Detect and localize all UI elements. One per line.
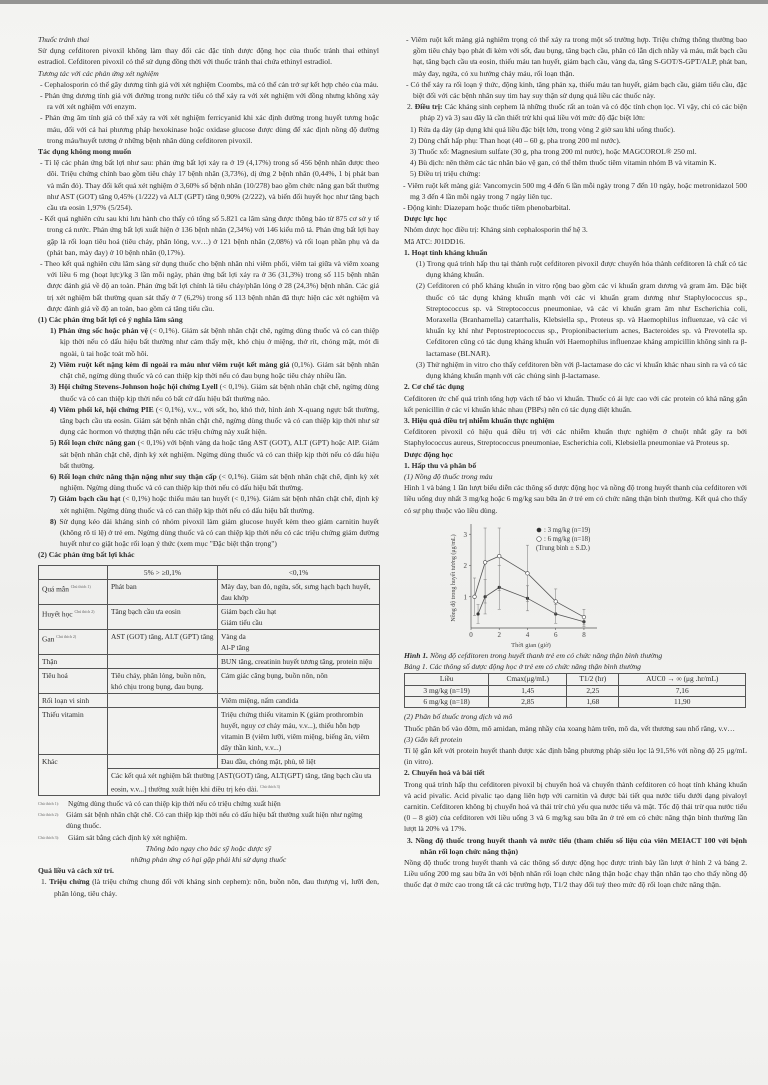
- pd-atc: Mã ATC: J01DD16.: [404, 236, 747, 247]
- rare-cell: Triệu chứng thiếu vitamin K (giảm prothr…: [218, 707, 380, 754]
- adverse-item: - Tỉ lệ các phản ứng bất lợi như sau: ph…: [38, 157, 379, 213]
- serum-text: Nồng độ thuốc trong huyết thanh và các t…: [404, 857, 747, 891]
- footnote-text: Ngừng dùng thuốc và có can thiệp kịp thờ…: [68, 798, 281, 809]
- table-header-row: LiềuCmax(μg/mL)T1/2 (hr)AUC0 → ∞ (μg .hr…: [405, 674, 746, 685]
- reaction-name: Phản ứng sốc hoặc phản vệ: [59, 326, 148, 335]
- treatment-label: Điều trị:: [415, 102, 443, 111]
- table-cell: 6 mg/kg (n=18): [405, 696, 489, 707]
- metabolism-text: Trong quá trình hấp thu cefditoren pivox…: [404, 779, 747, 835]
- treatment-step: 2) Dùng chất hấp phụ: Than hoạt (40 – 60…: [404, 135, 747, 146]
- footnote-label: Chú thích 1):: [38, 798, 68, 809]
- svg-text:2: 2: [464, 562, 468, 570]
- left-column: Thuốc tránh thai Sử dụng cefditoren pivo…: [38, 34, 379, 899]
- table-header-cell: 5% > ≥0,1%: [108, 565, 218, 579]
- mechanism-heading: 2. Cơ chế tác dụng: [404, 381, 747, 392]
- table-row: Thiếu vitaminTriệu chứng thiếu vitamin K…: [39, 707, 380, 754]
- treatment-text: Các kháng sinh cephem là những thuốc rất…: [420, 102, 747, 122]
- footnote-ref: Chú thích 3): [260, 784, 280, 789]
- frequent-cell: [108, 707, 218, 754]
- item-number: 2): [50, 360, 59, 369]
- frequent-cell: [108, 754, 218, 768]
- adverse-item: - Kết quả nghiên cứu sau khi lưu hành ch…: [38, 213, 379, 258]
- reaction-name: Viêm ruột kết nặng kèm đi ngoài ra máu n…: [59, 360, 290, 369]
- symptoms-text: (là triệu chứng chung đối với kháng sinh…: [54, 877, 379, 897]
- pd-group: Nhóm dược học điều trị: Kháng sinh cepha…: [404, 224, 747, 235]
- rare-cell: Đau đầu, chóng mặt, phù, tê liệt: [218, 754, 380, 768]
- table-header-cell: AUC0 → ∞ (μg .hr/mL): [619, 674, 746, 685]
- svg-text:3: 3: [464, 530, 468, 538]
- activity-heading: 1. Hoạt tính kháng khuẩn: [404, 247, 747, 258]
- svg-text:2: 2: [497, 631, 501, 639]
- footnote: Chú thích 3):Giám sát bằng cách định kỳ …: [38, 832, 379, 843]
- svg-text:Thời gian (giờ): Thời gian (giờ): [511, 642, 551, 649]
- footnote-text: Giám sát bằng cách định kỳ xét nghiệm.: [68, 832, 187, 843]
- reaction-name: Hội chứng Stevens-Johnson hoặc hội chứng…: [58, 382, 217, 391]
- clinical-item: 1) Phản ứng sốc hoặc phản vệ (< 0,1%). G…: [38, 325, 379, 359]
- activity-list: (1) Trong quá trình hấp thu tại thành ru…: [404, 258, 747, 381]
- table-row: 3 mg/kg (n=19)1,452,257,16: [405, 685, 746, 696]
- reaction-name: Rối loạn chức năng thận nặng như suy thậ…: [59, 472, 217, 481]
- rare-cell: Vàng daAl-P tăng: [218, 629, 380, 654]
- clinical-heading: (1) Các phản ứng bất lợi có ý nghĩa lâm …: [38, 314, 379, 325]
- pk-heading: Dược động học: [404, 449, 747, 460]
- activity-item: (1) Trong quá trình hấp thu tại thành ru…: [404, 258, 747, 280]
- category-cell: Thiếu vitamin: [39, 707, 108, 754]
- mechanism-text: Cefditoren ức chế quá trình tổng hợp vác…: [404, 393, 747, 415]
- treatment: 2. Điều trị: Các kháng sinh cephem là nh…: [404, 101, 747, 123]
- table-row: 6 mg/kg (n=18)2,851,6811,90: [405, 696, 746, 707]
- table-cell: 1,45: [489, 685, 567, 696]
- category-cell: Tiêu hoá: [39, 668, 108, 693]
- footnote-text: Giám sát bệnh nhân chặt chẽ. Có can thiệ…: [66, 809, 379, 831]
- efficacy-heading: 3. Hiệu quả điều trị nhiễm khuẩn thực ng…: [404, 415, 747, 426]
- contraceptive-heading: Thuốc tránh thai: [38, 34, 379, 45]
- reaction-name: Viêm phổi kẽ, hội chứng PIE: [58, 405, 153, 414]
- table-header-cell: [39, 565, 108, 579]
- item-number: (3): [416, 360, 427, 369]
- clinical-item: 8) Sử dụng kéo dài kháng sinh có nhóm pi…: [38, 516, 379, 550]
- activity-text: Trong quá trình hấp thu tại thành ruột c…: [426, 259, 747, 279]
- rare-cell: Mày đay, ban đỏ, ngứa, sốt, sưng hạch bạ…: [218, 579, 380, 604]
- treatment-step: 1) Rửa dạ dày (áp dụng khi quá liều đặc …: [404, 124, 747, 135]
- clinical-item: 7) Giảm bạch cầu hạt (< 0,1%) hoặc thiếu…: [38, 493, 379, 515]
- right-column: - Viêm ruột kết màng giả nghiêm trọng có…: [404, 34, 747, 891]
- item-number: (2): [416, 281, 427, 290]
- treatment-step: 4) Bù dịch: nên thêm các tác nhân bảo vệ…: [404, 157, 747, 168]
- table-cell: 2,85: [489, 696, 567, 707]
- figure-caption-text: Nồng độ cefditoren trong huyết thanh trẻ…: [428, 651, 662, 660]
- table-cell: 2,25: [567, 685, 619, 696]
- table-header-cell: Liều: [405, 674, 489, 685]
- clinical-item: 5) Rối loạn chức năng gan (< 0,1%) với b…: [38, 437, 379, 471]
- pk-parameters-table: LiềuCmax(μg/mL)T1/2 (hr)AUC0 → ∞ (μg .hr…: [404, 673, 746, 708]
- table-row: Rối loạn vi sinhViêm miệng, nấm candida: [39, 693, 380, 707]
- other-heading: (2) Các phản ứng bất lợi khác: [38, 549, 379, 560]
- activity-text: Thử nghiệm in vitro cho thấy cefditoren …: [426, 360, 747, 380]
- svg-text:1: 1: [464, 593, 468, 601]
- category-cell: Huyết học Chú thích 2): [39, 604, 108, 629]
- rare-cell: BUN tăng, creatinin huyết tương tăng, pr…: [218, 654, 380, 668]
- clinical-item: 4) Viêm phổi kẽ, hội chứng PIE (< 0,1%),…: [38, 404, 379, 438]
- footnote-label: Chú thích 3):: [38, 832, 68, 843]
- activity-item: (3) Thử nghiệm in vitro cho thấy cefdito…: [404, 359, 747, 381]
- footnote: Chú thích 2):Giám sát bệnh nhân chặt chẽ…: [38, 809, 379, 831]
- table-cell: 3 mg/kg (n=19): [405, 685, 489, 696]
- serum-heading: 3. Nồng độ thuốc trong huyết thanh và nư…: [404, 835, 747, 857]
- table-header-cell: Cmax(μg/mL): [489, 674, 567, 685]
- frequent-cell: Tiêu chảy, phân lỏng, buồn nôn, khó chịu…: [108, 668, 218, 693]
- clinical-item: 6) Rối loạn chức năng thận nặng như suy …: [38, 471, 379, 493]
- clinical-item: 2) Viêm ruột kết nặng kèm đi ngoài ra má…: [38, 359, 379, 381]
- frequent-cell: Tăng bạch cầu ưa eosin: [108, 604, 218, 629]
- figure-caption: Hình 1. Nồng độ cefditoren trong huyết t…: [404, 650, 747, 661]
- figure-label: Hình 1.: [404, 651, 428, 660]
- contraceptive-text: Sử dụng cefditoren pivoxil không làm tha…: [38, 45, 379, 67]
- pd-heading: Dược lực học: [404, 213, 747, 224]
- category-cell: Khác: [39, 754, 108, 795]
- svg-text:8: 8: [582, 631, 586, 639]
- item-number: 8): [50, 517, 59, 526]
- blood-text: Hình 1 và bảng 1 lần lượt biểu diễn các …: [404, 482, 747, 516]
- clinical-list: 1) Phản ứng sốc hoặc phản vệ (< 0,1%). G…: [38, 325, 379, 549]
- treatment-step: 3) Thuốc xổ: Magnesium sulfate (30 g, ph…: [404, 146, 747, 157]
- table-header-cell: T1/2 (hr): [567, 674, 619, 685]
- page-top-edge: [0, 0, 768, 4]
- category-cell: Gan Chú thích 2): [39, 629, 108, 654]
- table-cell: 7,16: [619, 685, 746, 696]
- svg-text:4: 4: [526, 631, 530, 639]
- item-number: 2.: [407, 102, 413, 111]
- treatment-step: 5) Điều trị triệu chứng:: [404, 168, 747, 179]
- item-number: 1.: [41, 877, 47, 886]
- svg-text:0: 0: [469, 631, 473, 639]
- overdose-cont: - Có thể xảy ra rối loạn ý thức, động ki…: [404, 79, 747, 101]
- svg-text:: 3 mg/kg (n=19): : 3 mg/kg (n=19): [544, 527, 590, 534]
- table-header-cell: <0,1%: [218, 565, 380, 579]
- category-cell: Quá mẫn Chú thích 1): [39, 579, 108, 604]
- lab-item: - Phản ứng âm tính giả có thể xảy ra với…: [38, 112, 379, 146]
- category-cell: Thận: [39, 654, 108, 668]
- svg-text:Nồng độ trong huyết tương (μg/: Nồng độ trong huyết tương (μg/mL): [450, 534, 457, 621]
- table-row: Gan Chú thích 2)AST (GOT) tăng, ALT (GPT…: [39, 629, 380, 654]
- lab-item: - Phản ứng dương tính giả với đường tron…: [38, 90, 379, 112]
- activity-text: Cefditoren có phổ kháng khuẩn in vitro r…: [426, 281, 747, 357]
- overdose-symptoms: 1. Triệu chứng (là triệu chứng chung đối…: [38, 876, 379, 898]
- table-row: ThậnBUN tăng, creatinin huyết tương tăng…: [39, 654, 380, 668]
- table-row: Quá mẫn Chú thích 1)Phát banMày đay, ban…: [39, 579, 380, 604]
- activity-item: (2) Cefditoren có phổ kháng khuẩn in vit…: [404, 280, 747, 358]
- blood-heading: (1) Nồng độ thuốc trong máu: [404, 471, 747, 482]
- table-cell: 11,90: [619, 696, 746, 707]
- chart-svg: 02468123Thời gian (giờ)Nồng độ trong huy…: [404, 520, 744, 650]
- protein-text: Tỉ lệ gắn kết với protein huyết thanh đư…: [404, 745, 747, 767]
- reaction-name: Rối loạn chức năng gan: [58, 438, 135, 447]
- svg-text:: 6 mg/kg (n=18): : 6 mg/kg (n=18): [544, 536, 590, 543]
- symptomatic-item: - Động kinh: Diazepam hoặc thuốc tiêm ph…: [404, 202, 747, 213]
- efficacy-text: Cefditoren pivoxil có hiệu quả điều trị …: [404, 426, 747, 448]
- table-row: Tiêu hoáTiêu chảy, phân lỏng, buồn nôn, …: [39, 668, 380, 693]
- adverse-heading: Tác dụng không mong muốn: [38, 146, 379, 157]
- rare-cell: Cảm giác căng bụng, buồn nôn, nôn: [218, 668, 380, 693]
- svg-text:(Trung bình ± S.D.): (Trung bình ± S.D.): [536, 545, 590, 552]
- footnote-ref: Chú thích 2): [74, 609, 94, 614]
- footnote-ref: Chú thích 1): [71, 584, 91, 589]
- notice-line-1: Thông báo ngay cho bác sỹ hoặc dược sỹ: [38, 843, 379, 854]
- footnote-ref: Chú thích 2): [56, 634, 76, 639]
- adverse-item: - Theo kết quả nghiên cứu lâm sàng sử dụ…: [38, 258, 379, 314]
- table-header-row: 5% > ≥0,1%<0,1%: [39, 565, 380, 579]
- table-caption: Bảng 1. Các thông số dược động học ở trẻ…: [404, 661, 747, 672]
- item-number: (1): [416, 259, 427, 268]
- distribution-text: Thuốc phân bố vào đờm, mô amidan, màng n…: [404, 723, 747, 734]
- clinical-item: 3) Hội chứng Stevens-Johnson hoặc hội ch…: [38, 381, 379, 403]
- item-number: 6): [50, 472, 59, 481]
- rare-cell: Viêm miệng, nấm candida: [218, 693, 380, 707]
- frequent-cell: Phát ban: [108, 579, 218, 604]
- frequent-cell: [108, 693, 218, 707]
- lab-heading: Tương tác với các phản ứng xét nghiệm: [38, 68, 379, 79]
- metabolism-heading: 2. Chuyển hoá và bài tiết: [404, 767, 747, 778]
- footnote-label: Chú thích 2):: [38, 809, 66, 831]
- concentration-chart: 02468123Thời gian (giờ)Nồng độ trong huy…: [404, 520, 744, 650]
- table-cell: 1,68: [567, 696, 619, 707]
- frequent-cell: [108, 654, 218, 668]
- reaction-name: Giảm bạch cầu hạt: [58, 494, 120, 503]
- distribution-heading: (2) Phân bố thuốc trong dịch và mô: [404, 711, 747, 722]
- lab-item: - Cephalosporin có thể gây dương tính gi…: [38, 79, 379, 90]
- adverse-reaction-table: 5% > ≥0,1%<0,1%Quá mẫn Chú thích 1)Phát …: [38, 565, 380, 796]
- category-cell: Rối loạn vi sinh: [39, 693, 108, 707]
- absorption-heading: 1. Hấp thu và phân bố: [404, 460, 747, 471]
- table-row: Huyết học Chú thích 2)Tăng bạch cầu ưa e…: [39, 604, 380, 629]
- span-cell: Các kết quả xét nghiệm bất thường [AST(G…: [108, 768, 380, 795]
- footnotes: Chú thích 1):Ngừng dùng thuốc và có can …: [38, 798, 379, 843]
- svg-text:6: 6: [554, 631, 558, 639]
- table-row: KhácĐau đầu, chóng mặt, phù, tê liệt: [39, 754, 380, 768]
- footnote: Chú thích 1):Ngừng dùng thuốc và có can …: [38, 798, 379, 809]
- rare-cell: Giảm bạch cầu hạtGiảm tiểu cầu: [218, 604, 380, 629]
- symptomatic-item: - Viêm ruột kết màng giả: Vancomycin 500…: [404, 180, 747, 202]
- overdose-cont: - Viêm ruột kết màng giả nghiêm trọng có…: [404, 34, 747, 79]
- item-number: 1): [50, 326, 59, 335]
- notice-line-2: những phản ứng có hại gặp phải khi sử dụ…: [38, 854, 379, 865]
- symptoms-label: Triệu chứng: [49, 877, 89, 886]
- protein-heading: (3) Gắn kết protein: [404, 734, 747, 745]
- reaction-text: Sử dụng kéo dài kháng sinh có nhóm pivox…: [59, 517, 379, 548]
- frequent-cell: AST (GOT) tăng, ALT (GPT) tăng: [108, 629, 218, 654]
- overdose-heading: Quá liều và cách xử trí.: [38, 865, 379, 876]
